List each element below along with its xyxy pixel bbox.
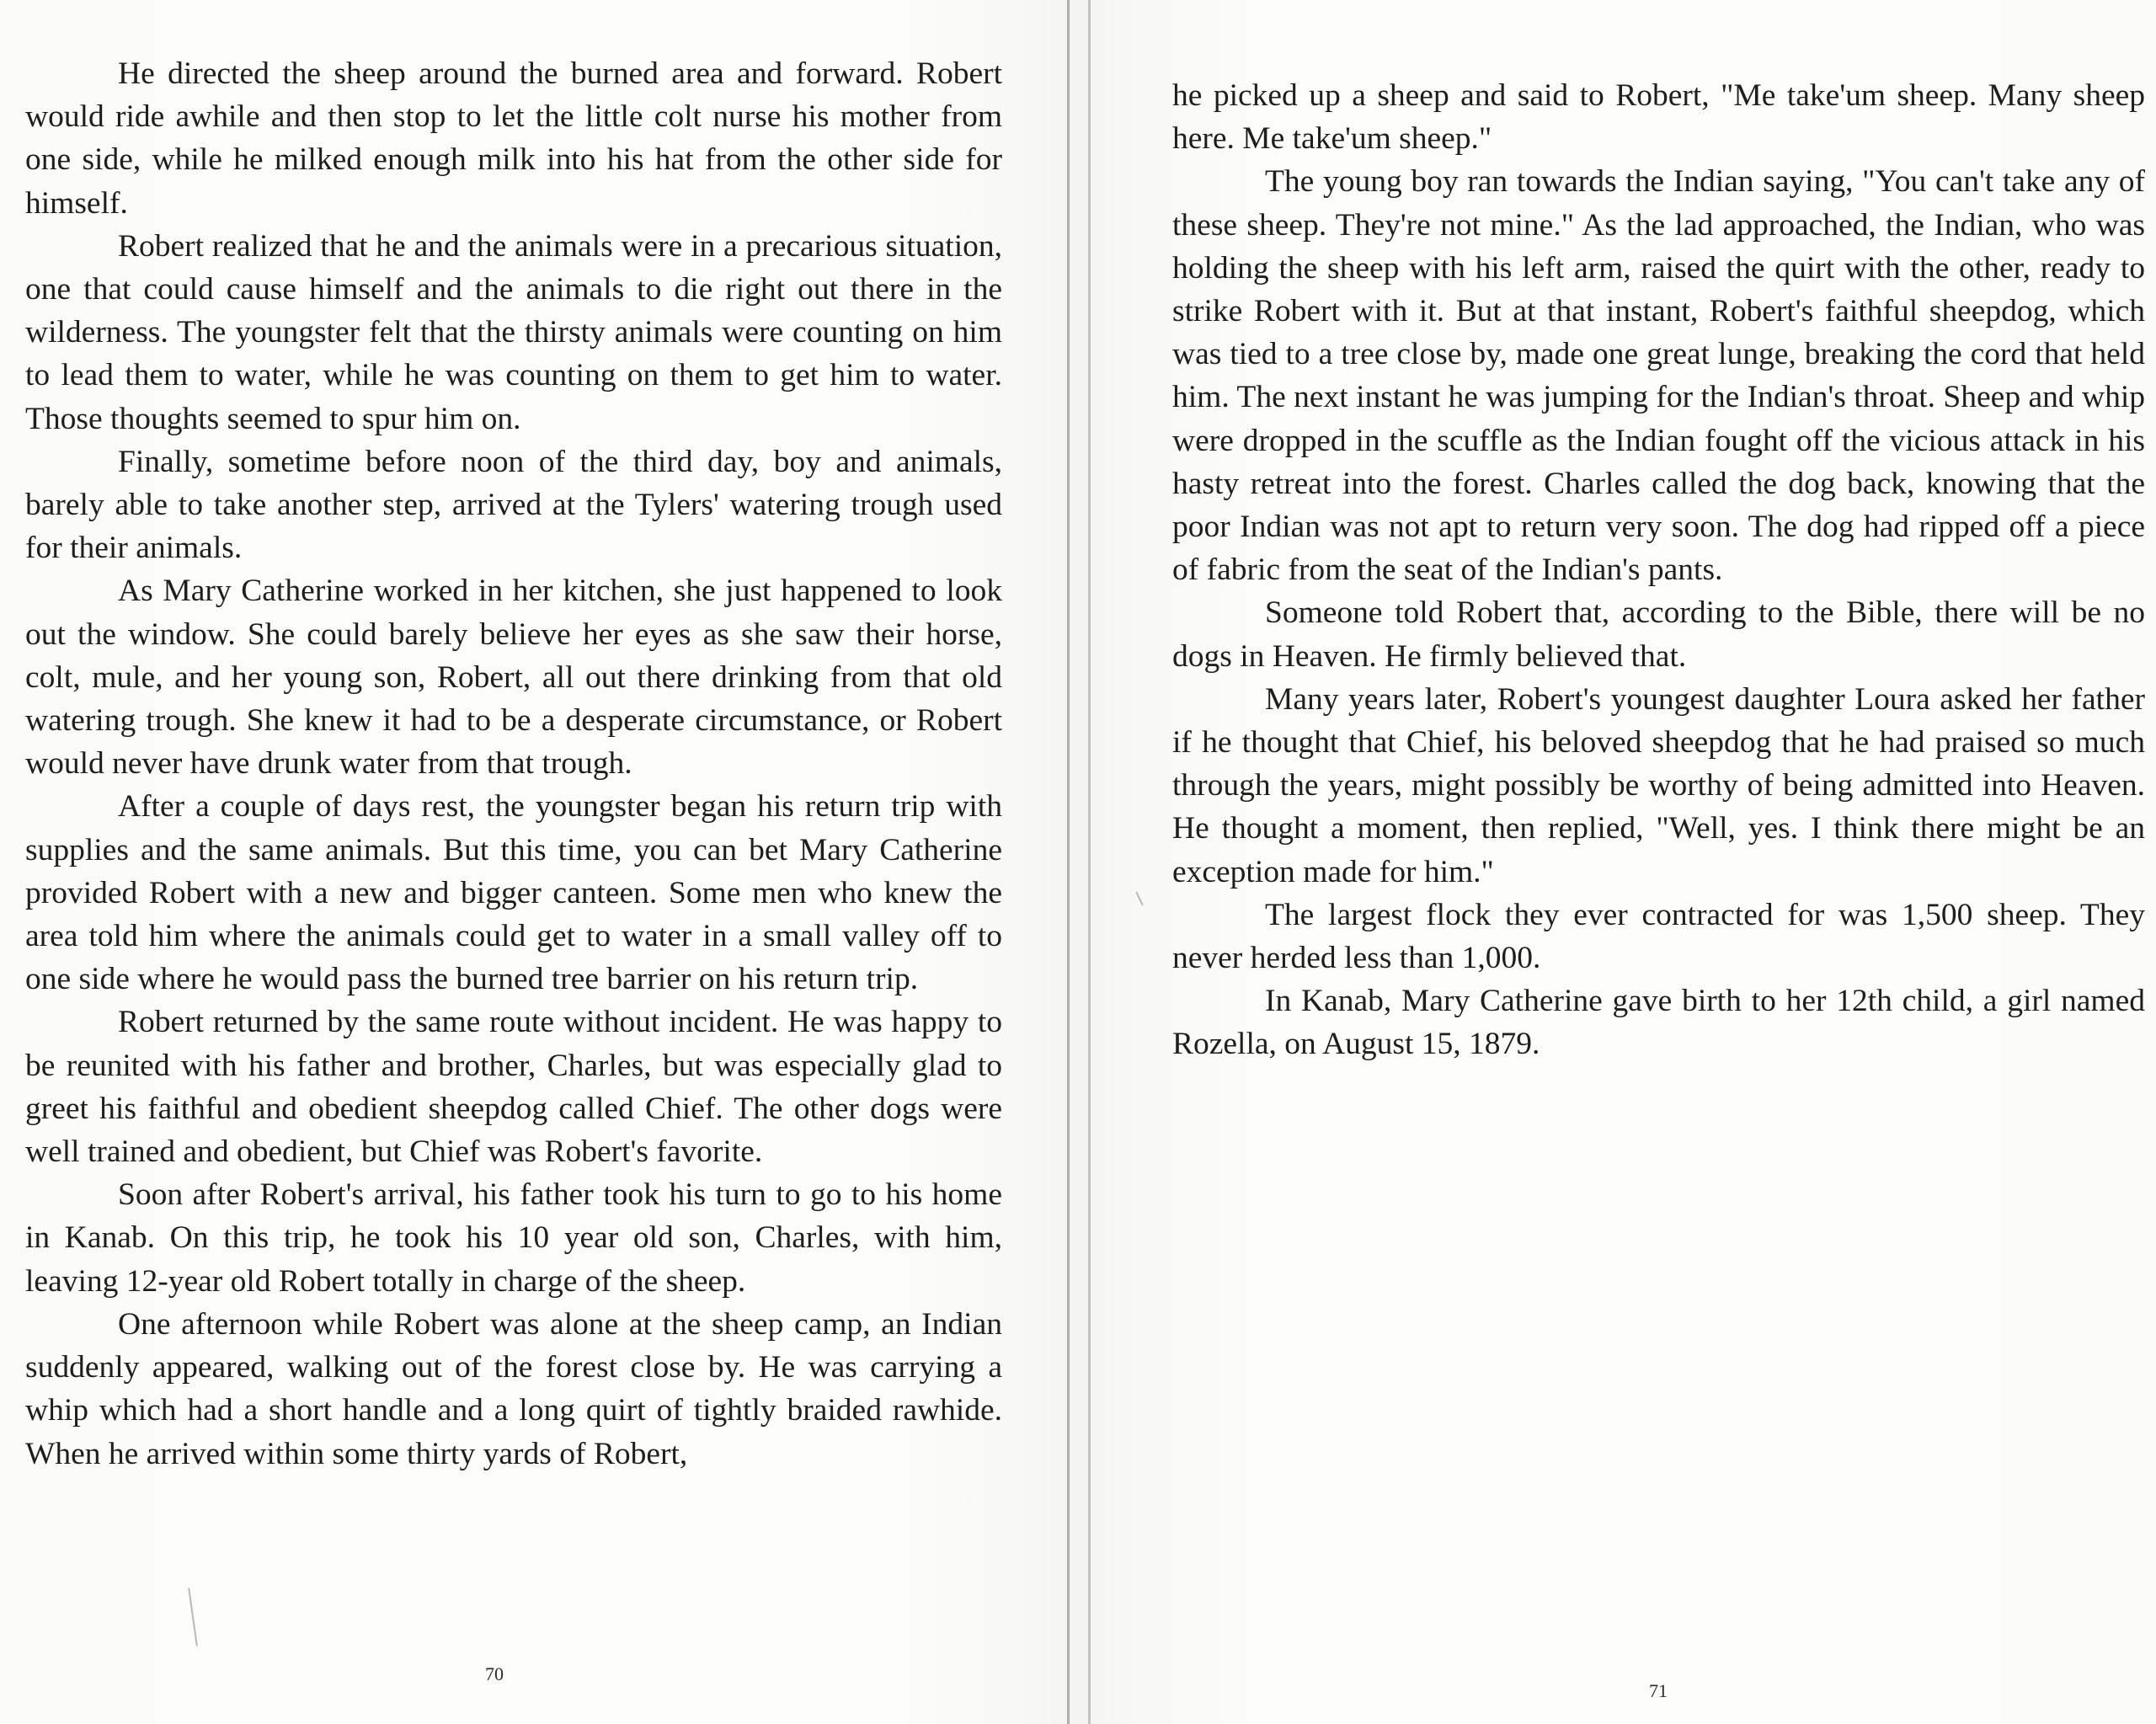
left-page: He directed the sheep around the burned …	[0, 0, 1070, 1724]
paragraph: The largest flock they ever contracted f…	[1172, 894, 2145, 979]
page-number: 70	[485, 1663, 504, 1685]
paper-mark	[188, 1588, 198, 1647]
paragraph: One afternoon while Robert was alone at …	[25, 1303, 1002, 1476]
paragraph: Someone told Robert that, according to t…	[1172, 591, 2145, 677]
left-page-body: He directed the sheep around the burned …	[25, 52, 1002, 1476]
paragraph: Soon after Robert's arrival, his father …	[25, 1173, 1002, 1303]
gutter-edge-right	[1088, 0, 1091, 1724]
page-number: 71	[1649, 1680, 1668, 1702]
paper-mark	[1135, 891, 1143, 905]
right-page: he picked up a sheep and said to Robert,…	[1095, 0, 2156, 1724]
paragraph: Robert realized that he and the animals …	[25, 225, 1002, 440]
paragraph: He directed the sheep around the burned …	[25, 52, 1002, 225]
book-spread: He directed the sheep around the burned …	[0, 0, 2156, 1724]
paragraph: As Mary Catherine worked in her kitchen,…	[25, 569, 1002, 785]
paragraph: After a couple of days rest, the youngst…	[25, 785, 1002, 1001]
paragraph: The young boy ran towards the Indian say…	[1172, 160, 2145, 591]
paragraph: he picked up a sheep and said to Robert,…	[1172, 74, 2145, 160]
paragraph: In Kanab, Mary Catherine gave birth to h…	[1172, 979, 2145, 1065]
paragraph: Robert returned by the same route withou…	[25, 1001, 1002, 1173]
right-page-body: he picked up a sheep and said to Robert,…	[1172, 74, 2145, 1066]
paragraph: Many years later, Robert's youngest daug…	[1172, 678, 2145, 894]
paragraph: Finally, sometime before noon of the thi…	[25, 440, 1002, 570]
